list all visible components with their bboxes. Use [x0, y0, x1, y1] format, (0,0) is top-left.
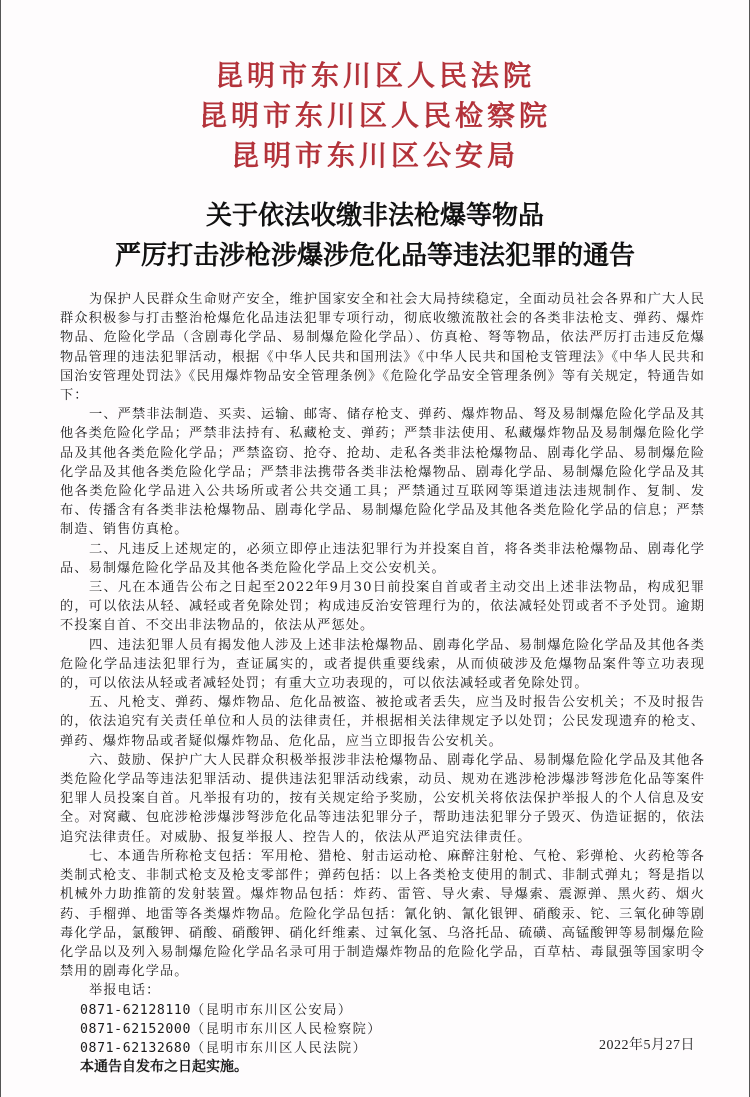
issue-date: 2022年5月27日	[599, 1034, 695, 1054]
notice-title-line-1: 关于依法收缴非法枪爆等物品	[1, 196, 749, 236]
hotline-number: 0871-62128110	[80, 1003, 191, 1018]
issuer-procuratorate: 昆明市东川区人民检察院	[1, 96, 749, 136]
hotline-label: 举报电话：	[60, 981, 705, 1000]
notice-body: 为保护人民群众生命财产安全，维护国家安全和社会大局持续稳定，全面动员社会各界和广…	[60, 290, 705, 1077]
article-5: 五、凡枪支、弹药、爆炸物品、危化品被盗、被抢或者丢失，应当及时报告公安机关；不及…	[60, 693, 705, 751]
issuer-court: 昆明市东川区人民法院	[1, 56, 749, 96]
issuing-authorities: 昆明市东川区人民法院 昆明市东川区人民检察院 昆明市东川区公安局	[1, 56, 749, 176]
article-2: 二、凡违反上述规定的，必须立即停止违法犯罪行为并投案自首，将各类非法枪爆物品、剧…	[60, 540, 705, 578]
notice-page: 昆明市东川区人民法院 昆明市东川区人民检察院 昆明市东川区公安局 关于依法收缴非…	[1, 0, 749, 1097]
hotline-org: （昆明市东川区公安局）	[191, 1003, 353, 1018]
article-7: 七、本通告所称枪支包括：军用枪、猎枪、射击运动枪、麻醉注射枪、气枪、彩弹枪、火药…	[60, 847, 705, 981]
article-4: 四、违法犯罪人员有揭发他人涉及上述非法枪爆物品、剧毒化学品、易制爆危险化学品及其…	[60, 636, 705, 694]
hotline-org: （昆明市东川区人民法院）	[191, 1041, 367, 1056]
article-6: 六、鼓励、保护广大人民群众积极举报涉非法枪爆物品、剧毒化学品、易制爆危险化学品及…	[60, 751, 705, 847]
issuer-public-security-bureau: 昆明市东川区公安局	[1, 136, 749, 176]
notice-title: 关于依法收缴非法枪爆等物品 严厉打击涉枪涉爆涉危化品等违法犯罪的通告	[1, 196, 749, 276]
effective-date-note: 本通告自发布之日起实施。	[60, 1058, 705, 1077]
hotline-number: 0871-62152000	[80, 1022, 191, 1037]
article-1: 一、严禁非法制造、买卖、运输、邮寄、储存枪支、弹药、爆炸物品、弩及易制爆危险化学…	[60, 405, 705, 539]
hotline-number: 0871-62132680	[80, 1041, 191, 1056]
intro-paragraph: 为保护人民群众生命财产安全，维护国家安全和社会大局持续稳定，全面动员社会各界和广…	[60, 290, 705, 405]
article-3: 三、凡在本通告公布之日起至2022年9月30日前投案自首或者主动交出上述非法物品…	[60, 578, 705, 636]
hotline-org: （昆明市东川区人民检察院）	[191, 1022, 382, 1037]
hotline-entry: 0871-62128110（昆明市东川区公安局）	[80, 1001, 705, 1020]
notice-title-line-2: 严厉打击涉枪涉爆涉危化品等违法犯罪的通告	[1, 236, 749, 276]
